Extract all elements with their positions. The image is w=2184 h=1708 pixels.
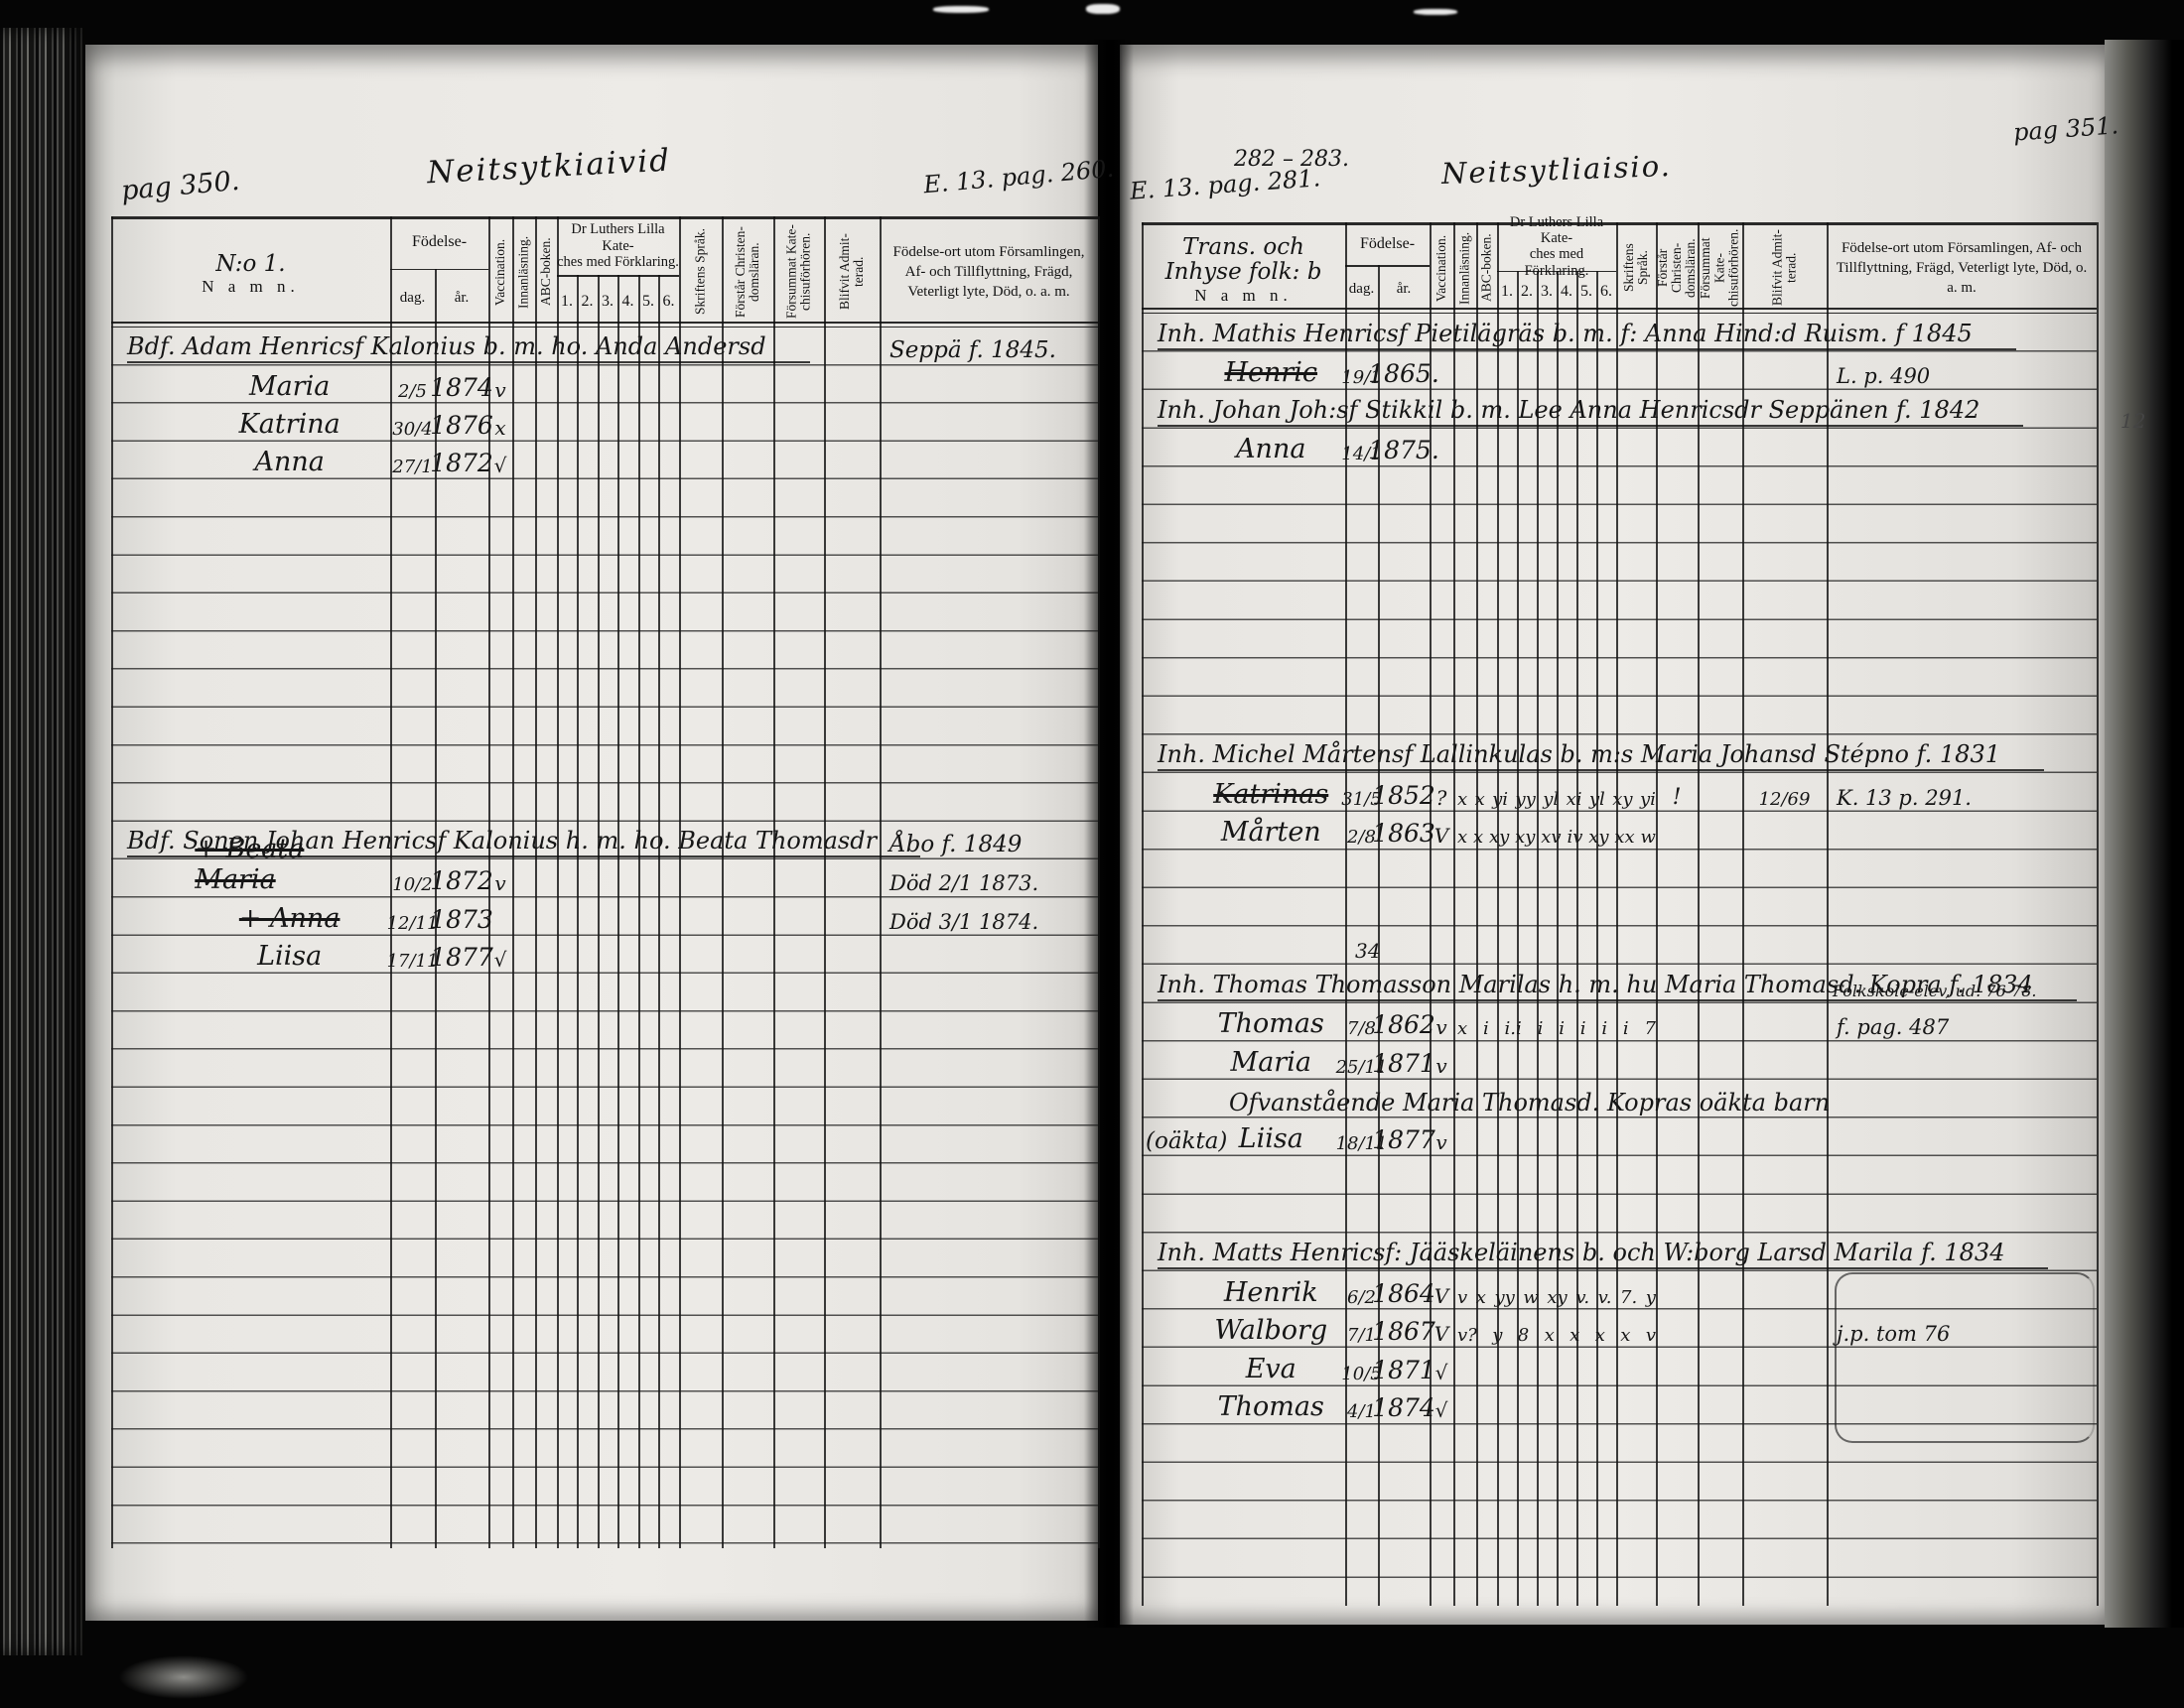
scan-speck bbox=[1086, 4, 1120, 14]
right-header-namn-label: N a m n. bbox=[1194, 286, 1293, 305]
right-birth-year: 1862 bbox=[1378, 1003, 1430, 1040]
parish-register-scan: pag 350. Neitsytkiaivid E. 13. pag. 260.… bbox=[0, 0, 2184, 1708]
exam-mark: 7. bbox=[1620, 1287, 1637, 1308]
exam-mark: yy bbox=[1494, 1287, 1514, 1308]
right-person-name: Anna bbox=[1203, 429, 1340, 465]
right-person-name: Henric bbox=[1203, 352, 1340, 389]
exam-mark: xy bbox=[1612, 789, 1632, 810]
right-header-forsummat-katechisforhoren: Försummat Kate- chisuförhören. bbox=[1698, 226, 1742, 310]
exam-mark: iv bbox=[1567, 827, 1582, 848]
left-row-note: Död 2/1 1873. bbox=[889, 859, 1098, 895]
right-family-header-entry: Inh. Michel Mårtensf Lallinkulas b. m:s … bbox=[1158, 735, 2025, 772]
left-header-kateches-col3: 3. bbox=[598, 275, 617, 328]
right-exam-marks: vxyywxyv.v.7.y bbox=[1457, 1271, 1656, 1308]
right-header-ar: år. bbox=[1378, 265, 1430, 314]
exam-mark: v bbox=[1646, 1325, 1656, 1346]
right-header-fodelseort: Födelse-ort utom Församlingen, Af- och T… bbox=[1827, 226, 2097, 310]
right-header-kateches-col2: 2. bbox=[1517, 271, 1537, 314]
exam-mark: x bbox=[1595, 1325, 1605, 1346]
exam-mark: yy bbox=[1515, 789, 1535, 810]
right-birth-year: 1863 bbox=[1378, 812, 1430, 849]
exam-mark: i bbox=[1483, 1018, 1489, 1039]
right-vaccination-mark: √ bbox=[1430, 1386, 1453, 1423]
right-table-top-border bbox=[1142, 222, 2097, 225]
right-header-skriftens-sprak: Skriftens Språk. bbox=[1616, 226, 1656, 310]
left-row-note: Död 3/1 1874. bbox=[889, 898, 1098, 934]
left-birth-day: 10/2 bbox=[390, 859, 435, 895]
right-margin-note: 12 bbox=[2120, 409, 2145, 433]
exam-mark: v bbox=[1457, 1287, 1467, 1308]
left-vaccination-mark: v bbox=[488, 365, 512, 401]
left-namn-handwritten-note: N:o 1. bbox=[215, 252, 285, 278]
right-header-kateches-col4: 4. bbox=[1557, 271, 1576, 314]
exam-mark: x bbox=[1457, 827, 1467, 848]
left-header-skriftens-sprak: Skriftens Språk. bbox=[679, 220, 722, 324]
left-vaccination-mark: √ bbox=[488, 936, 512, 972]
left-person-name: + Beata Maria bbox=[195, 859, 384, 895]
right-birth-year: 1874 bbox=[1378, 1386, 1430, 1423]
right-inline-note: Ofvanstående Maria Thomasd. Kopras oäkta… bbox=[1229, 1080, 1985, 1117]
exam-mark: y bbox=[1492, 1325, 1502, 1346]
left-vaccination-mark: √ bbox=[488, 442, 512, 477]
right-vaccination-mark: V bbox=[1430, 812, 1453, 849]
left-header-kateches: Dr Luthers Lilla Kate-ches med Förklarin… bbox=[557, 216, 679, 275]
left-header-blifvit-admitterad: Blifvit Admit- terad. bbox=[824, 220, 880, 324]
left-header-forsummat-katechisforhoren: Försummat Kate- chisuförhören. bbox=[773, 220, 824, 324]
right-header-namn: Trans. och Inhyse folk: bN a m n. bbox=[1142, 230, 1345, 310]
left-header-kateches-col4: 4. bbox=[617, 275, 638, 328]
exam-mark: v. bbox=[1575, 1287, 1589, 1308]
left-birth-year: 1872 bbox=[435, 442, 488, 477]
left-header-kateches-col1: 1. bbox=[557, 275, 577, 328]
right-family-header-entry: Inh. Johan Joh:sf Stikkil b. m. Lee Anna… bbox=[1158, 390, 2025, 427]
left-header-kateches-col2: 2. bbox=[577, 275, 598, 328]
left-birth-day: 27/1 bbox=[390, 442, 435, 477]
right-vaccination-mark: ? bbox=[1430, 773, 1453, 810]
left-header-fodelseort: Födelse-ort utom Församlingen, Af- och T… bbox=[880, 220, 1098, 324]
exam-mark: xi bbox=[1567, 789, 1582, 810]
book-right-edge bbox=[2105, 40, 2184, 1628]
right-column-line bbox=[2097, 222, 2099, 1606]
exam-mark: 7 bbox=[1645, 1018, 1656, 1039]
left-person-name: Liisa bbox=[195, 936, 384, 972]
exam-mark: x bbox=[1476, 1287, 1486, 1308]
left-header-forstar-christendomslaran: Förstår Christen- domsläran. bbox=[722, 220, 773, 324]
right-birth-year: 1871 bbox=[1378, 1041, 1430, 1078]
right-header-kateches-col5: 5. bbox=[1576, 271, 1596, 314]
right-person-name: Liisa bbox=[1203, 1118, 1340, 1155]
left-header-kateches-line1: Dr Luthers Lilla Kate- bbox=[557, 221, 679, 253]
exam-mark: w bbox=[1641, 827, 1656, 848]
right-birth-year: 1852 bbox=[1378, 773, 1430, 810]
left-header-dag: dag. bbox=[390, 269, 435, 328]
right-row-note: f. pag. 487 bbox=[1837, 1003, 2097, 1040]
right-birth-year: 1877 bbox=[1378, 1118, 1430, 1155]
right-vaccination-mark: v bbox=[1430, 1041, 1453, 1078]
exam-mark: xy bbox=[1588, 827, 1608, 848]
family-header-text: Inh. Mathis Henricsf Pietilägräs b. m. f… bbox=[1158, 320, 2016, 350]
exam-mark: x bbox=[1457, 1018, 1467, 1039]
left-person-name: + Anna bbox=[195, 898, 384, 934]
exam-mark: xy bbox=[1547, 1287, 1567, 1308]
exam-mark: x bbox=[1545, 1325, 1555, 1346]
left-header-namn: N:o 1.N a m n. bbox=[111, 224, 390, 324]
left-vaccination-mark: v bbox=[488, 859, 512, 895]
left-birth-day: 2/5 bbox=[390, 365, 435, 401]
right-person-name: Katrinas bbox=[1203, 773, 1340, 810]
right-header-kateches-col3: 3. bbox=[1537, 271, 1557, 314]
right-birth-year: 1875. bbox=[1378, 429, 1430, 465]
left-birth-day: 17/11 bbox=[390, 936, 435, 972]
family-header-text: Inh. Michel Mårtensf Lallinkulas b. m:s … bbox=[1158, 740, 2044, 771]
right-birth-year: 1864 bbox=[1378, 1271, 1430, 1308]
right-remark-mark: ! bbox=[1656, 773, 1698, 810]
right-family-header-entry: Inh. Matts Henricsf: Jääskeläinens b. oc… bbox=[1158, 1233, 2025, 1269]
exam-mark: x bbox=[1475, 789, 1485, 810]
right-header-fodelse: Födelse- bbox=[1345, 222, 1430, 265]
right-person-name: Thomas bbox=[1203, 1003, 1340, 1040]
scan-speck bbox=[933, 6, 989, 13]
right-row-note: j.p. tom 76 bbox=[1837, 1310, 2097, 1347]
left-header-kateches-line2: ches med Förklaring. bbox=[557, 254, 679, 270]
left-header-kateches-col5: 5. bbox=[638, 275, 658, 328]
right-header-vaccination: Vaccination. bbox=[1430, 226, 1453, 310]
left-vaccination-mark: x bbox=[488, 404, 512, 440]
exam-mark: i.i bbox=[1505, 1018, 1522, 1039]
left-birth-year: 1877 bbox=[435, 936, 488, 972]
right-person-name: Maria bbox=[1203, 1041, 1340, 1078]
exam-mark: i bbox=[1538, 1018, 1544, 1039]
right-header-blifvit-admitterad: Blifvit Admit- terad. bbox=[1742, 226, 1827, 310]
right-header-kateches: Dr Luthers Lilla Kate-ches med Förklarin… bbox=[1497, 222, 1616, 271]
left-birth-day: 30/4 bbox=[390, 404, 435, 440]
right-header-abc-boken: ABC-boken. bbox=[1476, 226, 1497, 310]
exam-mark: i bbox=[1601, 1018, 1607, 1039]
right-vaccination-mark: v bbox=[1430, 1118, 1453, 1155]
left-header-innanlasning: Innanläsning. bbox=[512, 220, 535, 324]
exam-mark: v. bbox=[1598, 1287, 1612, 1308]
left-header-namn-label: N a m n. bbox=[202, 277, 300, 296]
left-person-name: Maria bbox=[195, 365, 384, 401]
family-header-text: Inh. Matts Henricsf: Jääskeläinens b. oc… bbox=[1158, 1239, 2048, 1269]
exam-mark: i bbox=[1623, 1018, 1629, 1039]
right-row-note: L. p. 490 bbox=[1837, 352, 2097, 389]
scan-blob bbox=[119, 1655, 248, 1699]
exam-mark: xx bbox=[1614, 827, 1634, 848]
right-header-innanlasning: Innanläsning. bbox=[1453, 226, 1476, 310]
right-family-header-entry: Inh. Mathis Henricsf Pietilägräs b. m. f… bbox=[1158, 314, 2025, 350]
left-person-name: Katrina bbox=[195, 404, 384, 440]
left-header-ar: år. bbox=[435, 269, 488, 328]
right-header-kateches-col6: 6. bbox=[1596, 271, 1616, 314]
exam-mark: xv bbox=[1541, 827, 1561, 848]
right-person-prefix: (oäkta) bbox=[1146, 1118, 1203, 1155]
right-vaccination-mark: V bbox=[1430, 1310, 1453, 1347]
right-exam-marks: xxxyxyxvivxyxxw bbox=[1457, 812, 1656, 849]
right-vaccination-mark: V bbox=[1430, 1271, 1453, 1308]
right-exam-marks: xii.iiiiii7 bbox=[1457, 1003, 1656, 1040]
exam-mark: v? bbox=[1457, 1325, 1477, 1346]
right-vaccination-mark: √ bbox=[1430, 1348, 1453, 1384]
right-exam-marks: xxyiyyylxiylxyyi bbox=[1457, 773, 1656, 810]
left-birth-year: 1873 bbox=[435, 898, 488, 934]
family-header-text: Bdf. Adam Henricsf Kalonius b. m. ho. An… bbox=[127, 332, 810, 363]
exam-mark: xy bbox=[1515, 827, 1535, 848]
exam-mark: w bbox=[1523, 1287, 1538, 1308]
right-header-dag: dag. bbox=[1345, 265, 1378, 314]
right-person-name: Mårten bbox=[1203, 812, 1340, 849]
right-birth-year: 1867 bbox=[1378, 1310, 1430, 1347]
left-family-origin-note: Åbo f. 1849 bbox=[889, 822, 1098, 857]
right-admitted-date: 12/69 bbox=[1742, 773, 1827, 810]
right-row-note: K. 13 p. 291. bbox=[1837, 773, 2097, 810]
family-header-text: Inh. Johan Joh:sf Stikkil b. m. Lee Anna… bbox=[1158, 396, 2023, 427]
left-birth-year: 1872 bbox=[435, 859, 488, 895]
exam-mark: yl bbox=[1543, 789, 1559, 810]
exam-mark: i bbox=[1580, 1018, 1586, 1039]
right-family-small-note: Folkskole-elev, ud. 76-78. bbox=[1833, 965, 2097, 1001]
exam-mark: i bbox=[1559, 1018, 1565, 1039]
left-birth-year: 1874 bbox=[435, 365, 488, 401]
right-birth-year: 1865. bbox=[1378, 352, 1430, 389]
left-header-fodelse: Födelse- bbox=[390, 216, 488, 269]
exam-mark: x bbox=[1620, 1325, 1630, 1346]
exam-mark: yi bbox=[1640, 789, 1656, 810]
right-vaccination-mark: v bbox=[1430, 1003, 1453, 1040]
exam-mark: 8 bbox=[1518, 1325, 1529, 1346]
exam-mark: x bbox=[1457, 789, 1467, 810]
left-family-origin-note: Seppä f. 1845. bbox=[889, 328, 1098, 363]
right-person-name: Thomas bbox=[1203, 1386, 1340, 1423]
left-birth-day: 12/11 bbox=[390, 898, 435, 934]
right-person-name: Henrik bbox=[1203, 1271, 1340, 1308]
right-namn-handwritten-note: Trans. och Inhyse folk: b bbox=[1142, 235, 1345, 287]
left-header-vaccination: Vaccination. bbox=[488, 220, 512, 324]
left-header-kateches-col6: 6. bbox=[658, 275, 679, 328]
right-exam-marks: v?y8xxxxv bbox=[1457, 1310, 1656, 1347]
left-header-abc-boken: ABC-boken. bbox=[535, 220, 557, 324]
left-person-name: Anna bbox=[195, 442, 384, 477]
book-left-edge bbox=[0, 28, 85, 1655]
left-birth-year: 1876 bbox=[435, 404, 488, 440]
exam-mark: y bbox=[1646, 1287, 1656, 1308]
right-person-name: Walborg bbox=[1203, 1310, 1340, 1347]
exam-mark: x bbox=[1473, 827, 1483, 848]
right-header-kateches-line1: Dr Luthers Lilla Kate- bbox=[1497, 214, 1616, 246]
exam-mark: yl bbox=[1589, 789, 1605, 810]
right-header-forstar-christendomslaran: Förstår Christen- domsläran. bbox=[1656, 226, 1698, 310]
right-inline-note: 34 bbox=[1355, 927, 1985, 964]
exam-mark: xy bbox=[1489, 827, 1509, 848]
exam-mark: yi bbox=[1492, 789, 1508, 810]
right-header-kateches-col1: 1. bbox=[1497, 271, 1517, 314]
exam-mark: x bbox=[1570, 1325, 1579, 1346]
scan-speck bbox=[1414, 9, 1457, 15]
left-column-line bbox=[1098, 216, 1100, 1548]
right-birth-year: 1871 bbox=[1378, 1348, 1430, 1384]
right-person-name: Eva bbox=[1203, 1348, 1340, 1384]
